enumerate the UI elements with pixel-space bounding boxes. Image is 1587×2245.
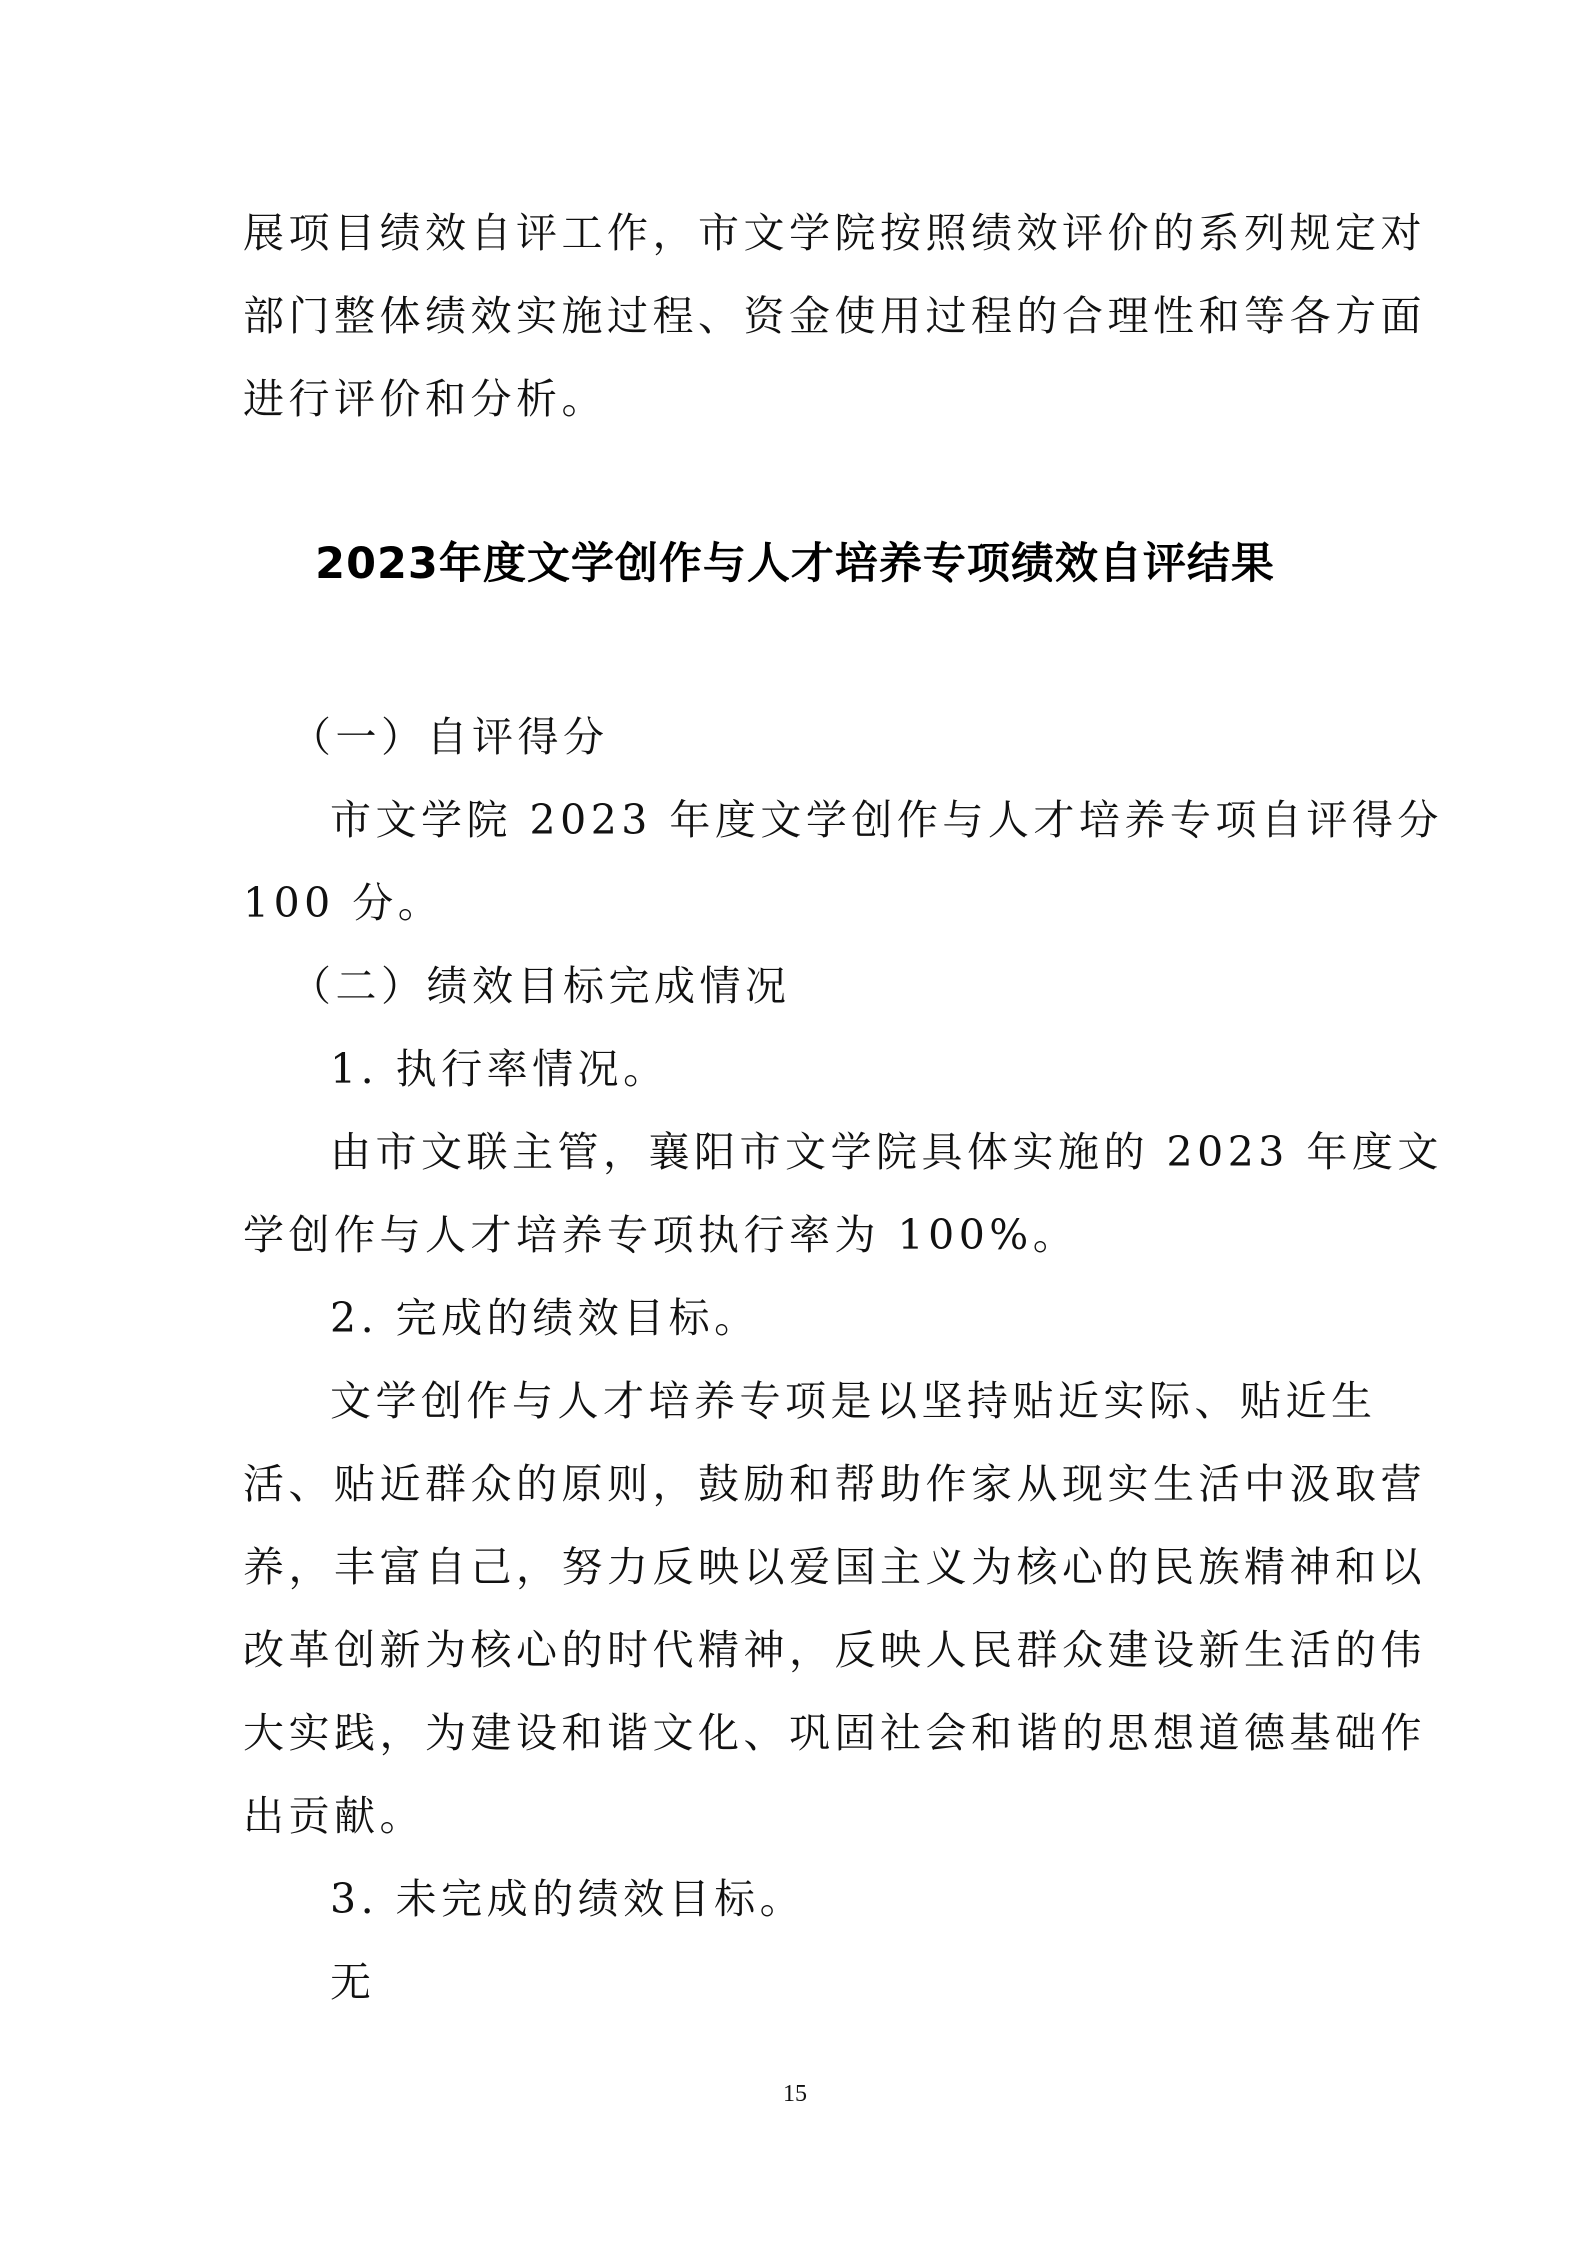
completed-goals-line-6: 出贡献。	[243, 1791, 1347, 1841]
self-score-line-2: 100 分。	[243, 878, 1347, 928]
intro-paragraph-line-3: 进行评价和分析。	[243, 374, 1347, 424]
completed-goals-line-3: 养，丰富自己，努力反映以爱国主义为核心的民族精神和以	[243, 1542, 1347, 1592]
page-number: 15	[780, 2080, 810, 2108]
intro-paragraph-line-2: 部门整体绩效实施过程、资金使用过程的合理性和等各方面	[243, 291, 1347, 341]
heading-uncompleted-goals: 3. 未完成的绩效目标。	[330, 1874, 1347, 1924]
uncompleted-goals-line-1: 无	[330, 1957, 1347, 2007]
heading-execution-rate: 1. 执行率情况。	[330, 1044, 1347, 1094]
heading-self-score: （一）自评得分	[290, 712, 1307, 762]
execution-rate-line-2: 学创作与人才培养专项执行率为 100%。	[243, 1210, 1347, 1260]
document-page: 展项目绩效自评工作，市文学院按照绩效评价的系列规定对 部门整体绩效实施过程、资金…	[0, 0, 1587, 2245]
completed-goals-line-4: 改革创新为核心的时代精神，反映人民群众建设新生活的伟	[243, 1625, 1347, 1675]
heading-completed-goals: 2. 完成的绩效目标。	[330, 1293, 1347, 1343]
section-title: 2023年度文学创作与人才培养专项绩效自评结果	[280, 536, 1310, 592]
completed-goals-line-5: 大实践，为建设和谐文化、巩固社会和谐的思想道德基础作	[243, 1708, 1347, 1758]
heading-goal-completion: （二）绩效目标完成情况	[290, 961, 1307, 1011]
execution-rate-line-1: 由市文联主管，襄阳市文学院具体实施的 2023 年度文	[330, 1127, 1347, 1177]
completed-goals-line-1: 文学创作与人才培养专项是以坚持贴近实际、贴近生	[330, 1376, 1347, 1426]
intro-paragraph-line-1: 展项目绩效自评工作，市文学院按照绩效评价的系列规定对	[243, 208, 1347, 258]
completed-goals-line-2: 活、贴近群众的原则，鼓励和帮助作家从现实生活中汲取营	[243, 1459, 1347, 1509]
self-score-line-1: 市文学院 2023 年度文学创作与人才培养专项自评得分	[330, 795, 1347, 845]
